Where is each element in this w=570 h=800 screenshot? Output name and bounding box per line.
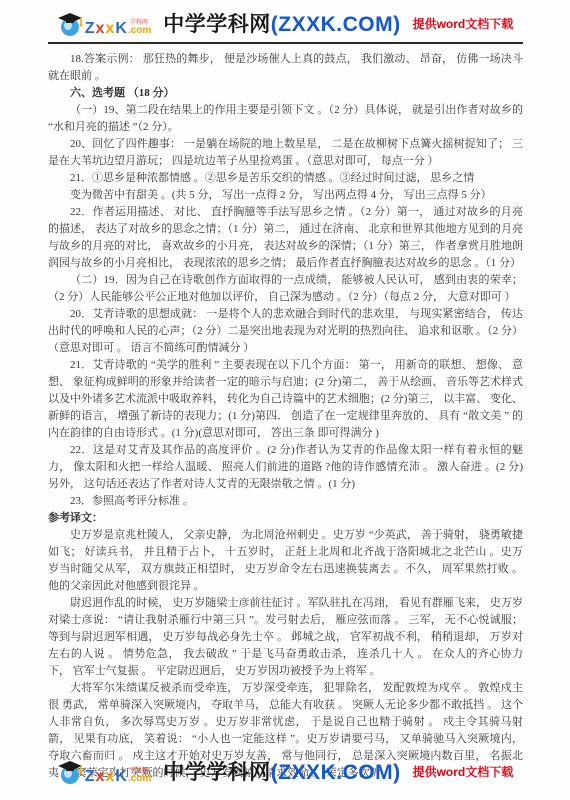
answer-part2-q19: （二）19．因为自己在诗歌创作方面取得的一点成绩， 能够被人民认可， 感到由衷的… <box>48 272 523 306</box>
site-title-footer: 中学学科网(ZXXK.COM) <box>163 756 400 786</box>
logo-superscript: 学科网 <box>130 17 148 29</box>
site-name: 中学学科网 <box>163 761 271 784</box>
answer-part1-q21-line2: 变为微苦中有甜美 。(共 5 分， 写出一点得 2 分， 写出两点得 4 分， … <box>48 187 523 204</box>
logo-letter: Z <box>85 769 95 785</box>
logo-letter: x <box>105 769 114 785</box>
site-domain: (ZXXK.COM) <box>271 13 401 36</box>
download-tagline: 提供word文档下载 <box>413 15 514 32</box>
zxxk-logo-footer: Z x x K 学科网.com <box>57 757 152 785</box>
answer-part1-q22: 22．作者运用描述、 对比、 直抒胸臆等手法写思乡之情 。（2 分）第一， 通过… <box>48 204 523 272</box>
logo-letter: K <box>115 769 127 785</box>
answer-q23: 23．参照高考评分标准 。 <box>48 493 523 510</box>
site-domain: (ZXXK.COM) <box>271 761 401 784</box>
answer-part2-q20: 20．艾青诗歌的思想成就： 一是将个人的悲欢融合到时代的悲欢里， 与现实紧密结合… <box>48 306 523 357</box>
zxxk-logo: Z x x K 学科网.com <box>57 9 152 37</box>
graduation-cap-mascot-icon <box>57 757 84 785</box>
document-page: Z x x K 学科网.com 中学学科网(ZXXK.COM) 提供word文档… <box>0 0 570 800</box>
site-name: 中学学科网 <box>163 13 271 36</box>
reference-translation-heading: 参考译文： <box>48 510 523 527</box>
logo-dotcom: 学科网.com <box>128 773 151 785</box>
logo-superscript: 学科网 <box>130 765 148 777</box>
graduation-cap-mascot-icon <box>57 9 84 37</box>
logo-letter: x <box>96 21 105 37</box>
logo-letter: K <box>115 21 127 37</box>
logo-letter: Z <box>85 21 95 37</box>
answer-part2-q21: 21．艾青诗歌的 “美学的胜利 ” 主要表现在以下几个方面： 第一， 用新奇的联… <box>48 357 523 442</box>
answer-part1-q19: （一）19、第二段在结果上的作用主要是引领下文 。（2 分）具体说， 就是引出作… <box>48 102 523 136</box>
translation-para-1: 史万岁是京兆杜陵人， 父亲史静， 为北周沧州刺史 。史万岁 “少英武， 善于骑射… <box>48 527 523 595</box>
footer: Z x x K 学科网.com 中学学科网(ZXXK.COM) 提供word文档… <box>0 756 570 786</box>
logo-letter: x <box>105 21 114 37</box>
answer-part1-q21-line1: 21．①思乡是种浓都情感 。②思乡是苦乐交织的情感 。③经过时间过滤， 思乡之情 <box>48 170 523 187</box>
download-tagline-footer: 提供word文档下载 <box>413 763 514 780</box>
translation-para-2: 尉迟迥作乱的时候， 史万岁随梁士彦前往征讨 。军队驻扎在冯翊， 看见有群雁飞来，… <box>48 595 523 680</box>
section-six-heading: 六、选考题 （18 分） <box>48 85 523 102</box>
answer-key-content: 18.答案示例： 那狂热的舞步， 便是沙场催人上真的鼓点， 我们激动、 昂奋， … <box>48 51 523 782</box>
header: Z x x K 学科网.com 中学学科网(ZXXK.COM) 提供word文档… <box>0 8 570 38</box>
logo-dotcom: 学科网.com <box>128 25 151 37</box>
site-title: 中学学科网(ZXXK.COM) <box>163 8 400 38</box>
answer-part2-q22: 22．这是对艾青及其作品的高度评价 。(2 分)作者认为艾青的作品像太阳一样有着… <box>48 442 523 493</box>
answer-18: 18.答案示例： 那狂热的舞步， 便是沙场催人上真的鼓点， 我们激动、 昂奋， … <box>48 51 523 85</box>
header-rule <box>48 42 523 44</box>
answer-part1-q20: 20、回忆了四件趣事： 一是躺在场院的地上数星星， 二是在故柳树下点篝火摇树捉知… <box>48 136 523 170</box>
logo-letter: x <box>96 769 105 785</box>
